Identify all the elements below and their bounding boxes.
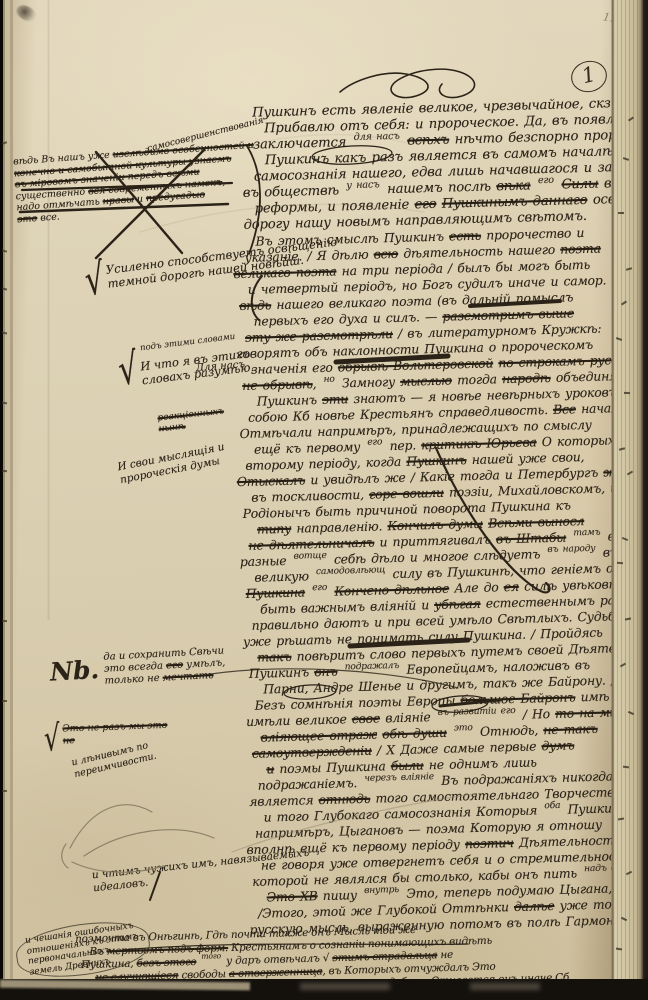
text-run: / Но — [517, 706, 555, 722]
text-run: все. — [37, 211, 60, 224]
struck-text: его — [166, 660, 184, 672]
struck-text: это — [17, 213, 38, 225]
check-mark: √ — [43, 717, 60, 761]
inserted-text: но — [323, 372, 335, 388]
struck-text: всѣхъ — [407, 132, 449, 148]
struck-text: убѣгая — [434, 596, 481, 612]
text-run — [337, 663, 343, 678]
struck-text: поэтич — [465, 835, 514, 851]
text-run — [530, 178, 536, 193]
text-run: подражаніемъ. — [258, 775, 363, 793]
inserted-text: въ народу — [547, 541, 595, 558]
blur-blob — [300, 983, 390, 990]
inserted-text: внутрь — [364, 882, 399, 899]
text-run — [196, 956, 199, 968]
inserted-text: вотще — [293, 548, 327, 565]
inserted-text: у насъ — [346, 177, 380, 194]
struck-text: вліяющее отраж — [260, 727, 377, 745]
struck-text: Кончилъ думы — [387, 516, 483, 533]
nota-bene-mark: Nb. — [49, 655, 100, 688]
book-fore-edge-left — [0, 0, 13, 1000]
under-page-sliver — [0, 980, 250, 991]
text-run: пишу — [317, 887, 362, 903]
struck-text: мечтать — [163, 670, 214, 684]
struck-text: Пушкина — [246, 584, 306, 601]
struck-text: вѣдь — [239, 297, 271, 313]
inserted-text: это — [454, 720, 473, 736]
text-run: ещё къ первому — [254, 439, 366, 457]
struck-text: вѣка — [496, 178, 531, 194]
struck-text: эти — [322, 391, 348, 407]
struck-text: мыслью — [400, 372, 452, 388]
corner-page-mark: 1. — [602, 10, 614, 24]
struck-text: далѣе — [514, 898, 555, 914]
struck-text: не такъ — [543, 721, 598, 737]
struck-text: Все — [553, 401, 576, 417]
edge-ink-mark — [617, 562, 623, 565]
struck-text: такъ — [257, 649, 291, 665]
text-run: имѣ — [575, 688, 609, 704]
text-run: великую — [254, 568, 314, 585]
struck-text: обѣ души — [382, 725, 447, 742]
text-run: пер. — [384, 437, 421, 453]
text-run: и приттягивалъ — [374, 531, 496, 549]
struck-text: есть — [449, 228, 481, 244]
text-run: Для насъ — [196, 359, 246, 373]
book-edge-bottom — [0, 979, 648, 1000]
struck-text: Всѣми выносл — [488, 513, 584, 531]
text-run: нашей уже свои, — [466, 449, 584, 467]
struck-text: нравы — [102, 194, 134, 207]
inserted-text: подражалъ — [344, 658, 399, 675]
text-run: имѣли великое — [246, 711, 352, 729]
text-run: разные — [240, 553, 292, 569]
struck-text: народѣ — [502, 370, 551, 386]
struck-text: не — [63, 735, 75, 746]
text-run: Дѣятельности — [513, 832, 621, 850]
struck-text: горе вошли — [369, 485, 444, 502]
struck-text: свое — [352, 710, 381, 726]
struck-text: Отыскалъ — [237, 472, 306, 489]
text-run: только не — [104, 673, 163, 687]
inserted-text: черезъ вліяніе — [364, 769, 434, 787]
text-run: умѣлъ, — [183, 658, 226, 671]
text-run — [447, 725, 453, 740]
text-run: , — [222, 176, 226, 187]
struck-text: отнюдь — [318, 791, 370, 807]
text-run: Отнюдь, — [475, 722, 544, 739]
text-run: , — [312, 376, 321, 391]
text-run: является — [249, 792, 319, 809]
text-run: и — [134, 194, 147, 206]
text-run: Але до — [449, 579, 504, 595]
book-fore-edge-right — [611, 0, 648, 1000]
inserted-text: его — [312, 580, 327, 596]
inserted-text: оба — [544, 798, 560, 814]
struck-text: Пушкинъ — [406, 452, 467, 469]
inserted-text: для насъ — [353, 129, 399, 146]
struck-text: онъ — [314, 664, 338, 680]
note-lines: да и сохранить Свѣчиэто всегда его умѣлъ… — [103, 645, 226, 688]
edge-ink-mark — [2, 790, 7, 792]
note-lines: Для насъ — [196, 359, 246, 375]
note-line: Для насъ — [196, 359, 246, 375]
text-run: Пушкинъ — [249, 664, 315, 681]
text-run: Замногу — [337, 374, 401, 391]
struck-text: думъ — [541, 737, 574, 753]
inserted-text: его — [538, 173, 554, 189]
blur-blob — [470, 983, 540, 990]
paper-crease — [47, 0, 50, 620]
text-run: Пушкинъ — [257, 392, 323, 409]
struck-text: самоутвержденіи — [252, 743, 372, 761]
struck-text: типу — [257, 521, 291, 537]
edge-ink-mark — [2, 470, 7, 472]
inserted-text: въ развитіи его — [437, 703, 515, 721]
text-run: въ тоскливости, — [251, 487, 369, 505]
text-run: не однимъ лишь — [423, 754, 537, 772]
manuscript-photo: Пушкинъ есть явленіе великое, чрезвычайн… — [0, 0, 648, 1000]
struck-text: Это ХВ — [267, 888, 318, 904]
edge-ink-mark — [2, 620, 7, 622]
main-text-block: Пушкинъ есть явленіе великое, чрезвычайн… — [238, 96, 642, 938]
inserted-text: тамъ — [573, 525, 600, 542]
text-run: не — [437, 949, 453, 961]
edge-ink-mark — [2, 700, 7, 702]
struck-text: поэта — [560, 241, 601, 257]
text-run: направленію. — [291, 518, 388, 536]
inserted-text: самодовлѣющ — [316, 562, 386, 580]
struck-text: критикѣ Юрьева — [421, 434, 537, 452]
struck-text: Кончено дѣльное — [334, 581, 449, 599]
text-run: въ обществѣ — [243, 183, 345, 201]
struck-text: Силы — [561, 177, 598, 193]
edge-ink-mark — [624, 392, 630, 394]
inserted-text: того — [201, 949, 221, 963]
text-run — [305, 584, 311, 599]
text-run: вліяніе — [380, 709, 436, 725]
struck-text: нынѣ — [158, 422, 186, 435]
struck-text: всю — [373, 246, 398, 262]
text-run: пророчество и — [481, 225, 585, 243]
inserted-text: его — [367, 434, 382, 450]
text-run: нашемъ послѣ — [381, 179, 496, 197]
struck-text: его — [414, 197, 436, 213]
struck-text: ея — [504, 579, 520, 594]
text-run: тогда — [452, 371, 503, 387]
struck-text: не обрывѣ — [242, 376, 313, 393]
edge-ink-mark — [618, 212, 624, 214]
text-run: заключается — [253, 135, 352, 153]
